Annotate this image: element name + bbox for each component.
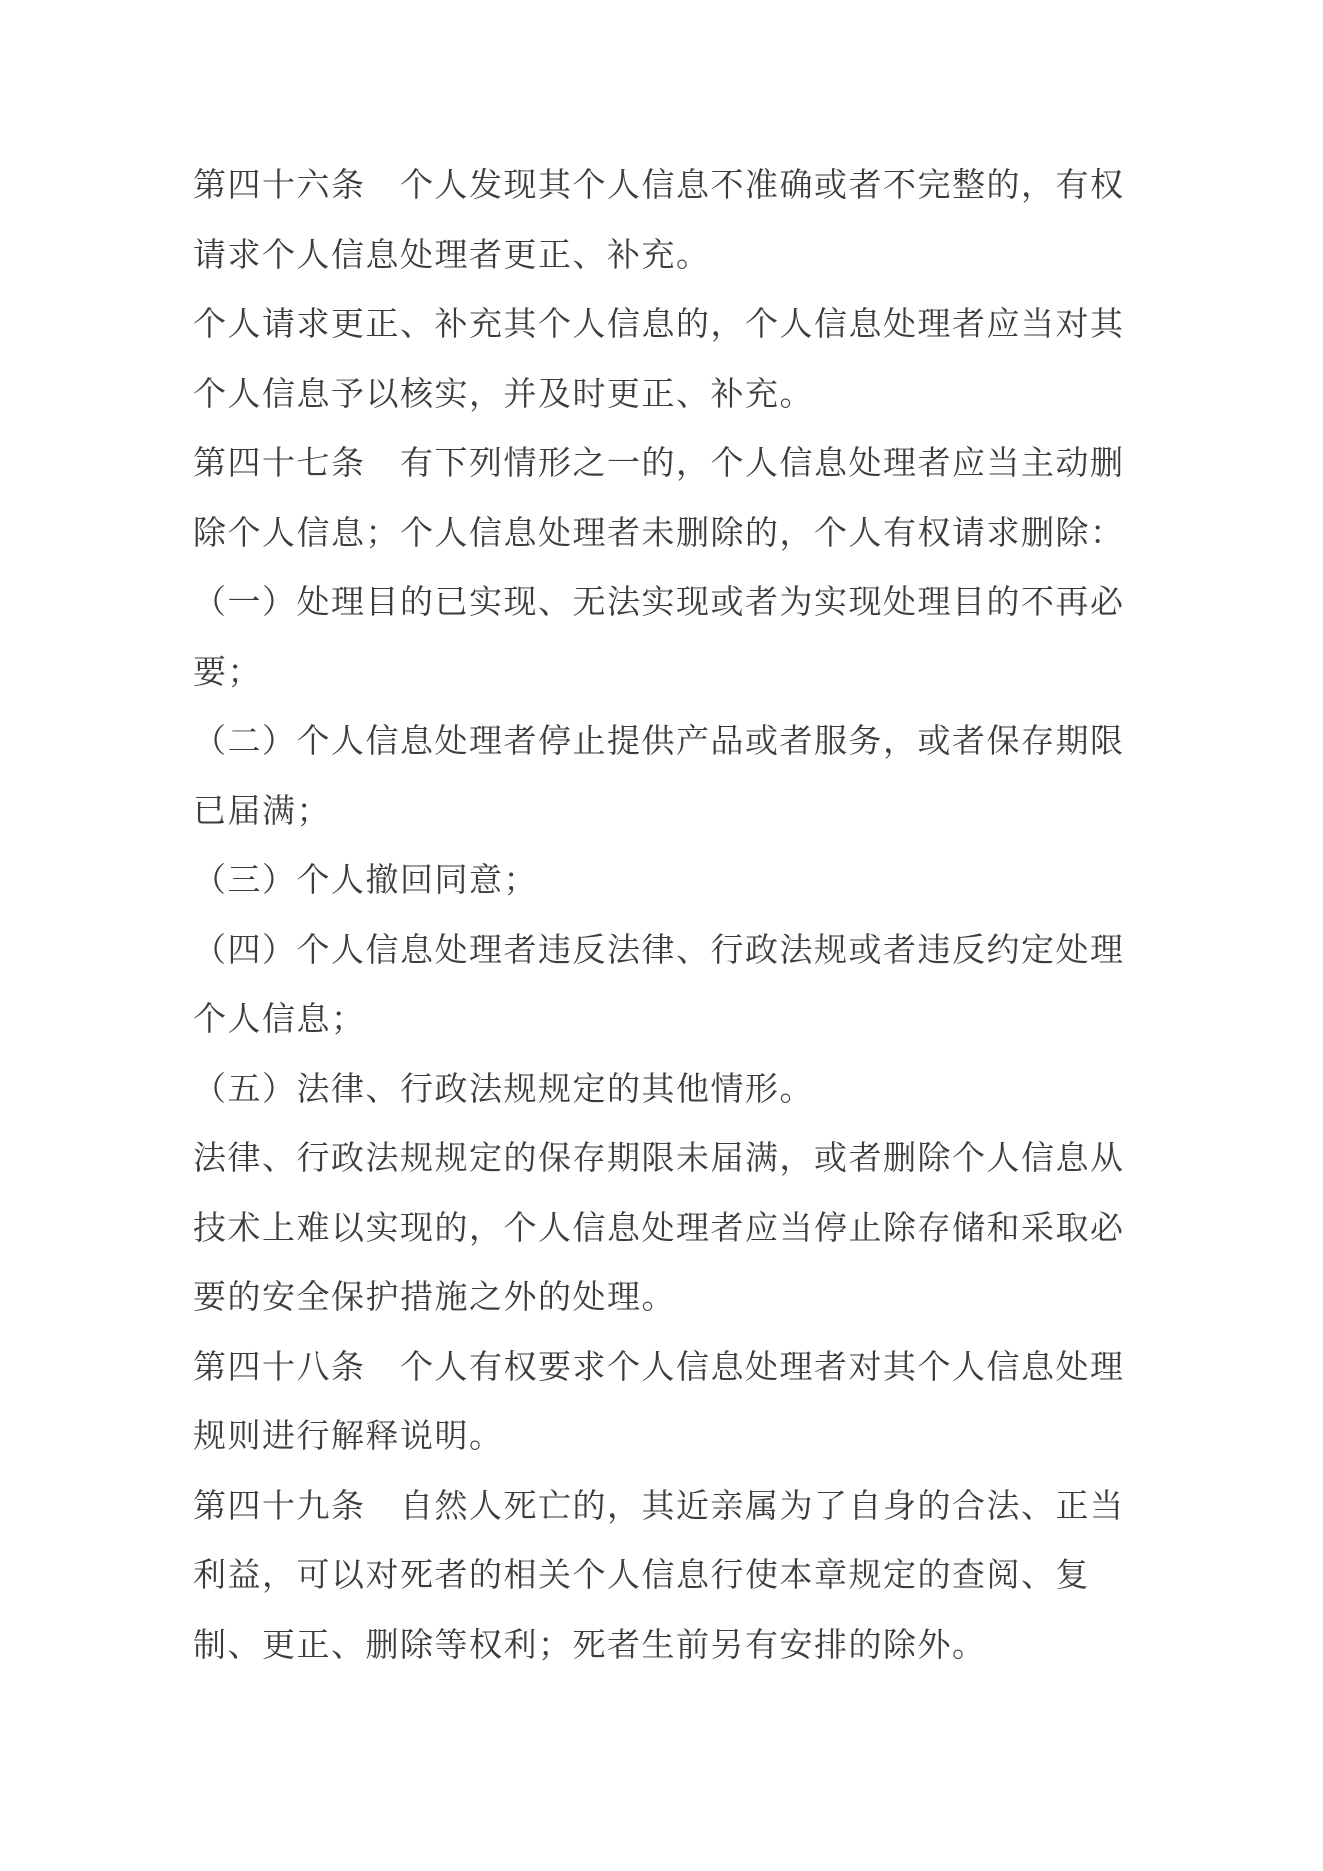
text-line: 除个人信息；个人信息处理者未删除的，个人有权请求删除： xyxy=(193,500,1213,570)
text-line: 要的安全保护措施之外的处理。 xyxy=(193,1264,1213,1334)
text-line: 要； xyxy=(193,639,1213,709)
text-line: 第四十九条 自然人死亡的，其近亲属为了自身的合法、正当 xyxy=(193,1473,1213,1543)
text-line: 第四十八条 个人有权要求个人信息处理者对其个人信息处理 xyxy=(193,1334,1213,1404)
document-page: 第四十六条 个人发现其个人信息不准确或者不完整的，有权请求个人信息处理者更正、补… xyxy=(0,0,1323,1871)
text-line: 个人请求更正、补充其个人信息的，个人信息处理者应当对其 xyxy=(193,291,1213,361)
text-line: （一）处理目的已实现、无法实现或者为实现处理目的不再必 xyxy=(193,569,1213,639)
text-line: 第四十七条 有下列情形之一的，个人信息处理者应当主动删 xyxy=(193,430,1213,500)
text-line: 个人信息予以核实，并及时更正、补充。 xyxy=(193,361,1213,431)
text-line: 制、更正、删除等权利；死者生前另有安排的除外。 xyxy=(193,1612,1213,1682)
text-line: 个人信息； xyxy=(193,986,1213,1056)
text-line: 请求个人信息处理者更正、补充。 xyxy=(193,222,1213,292)
text-line: 已届满； xyxy=(193,778,1213,848)
text-line: 利益，可以对死者的相关个人信息行使本章规定的查阅、复 xyxy=(193,1542,1213,1612)
text-line: 技术上难以实现的，个人信息处理者应当停止除存储和采取必 xyxy=(193,1195,1213,1265)
text-line: 法律、行政法规规定的保存期限未届满，或者删除个人信息从 xyxy=(193,1125,1213,1195)
text-line: （二）个人信息处理者停止提供产品或者服务，或者保存期限 xyxy=(193,708,1213,778)
text-line: （五）法律、行政法规规定的其他情形。 xyxy=(193,1056,1213,1126)
text-line: 第四十六条 个人发现其个人信息不准确或者不完整的，有权 xyxy=(193,152,1213,222)
text-line: （四）个人信息处理者违反法律、行政法规或者违反约定处理 xyxy=(193,917,1213,987)
document-body: 第四十六条 个人发现其个人信息不准确或者不完整的，有权请求个人信息处理者更正、补… xyxy=(193,152,1213,1681)
text-line: （三）个人撤回同意； xyxy=(193,847,1213,917)
text-line: 规则进行解释说明。 xyxy=(193,1403,1213,1473)
